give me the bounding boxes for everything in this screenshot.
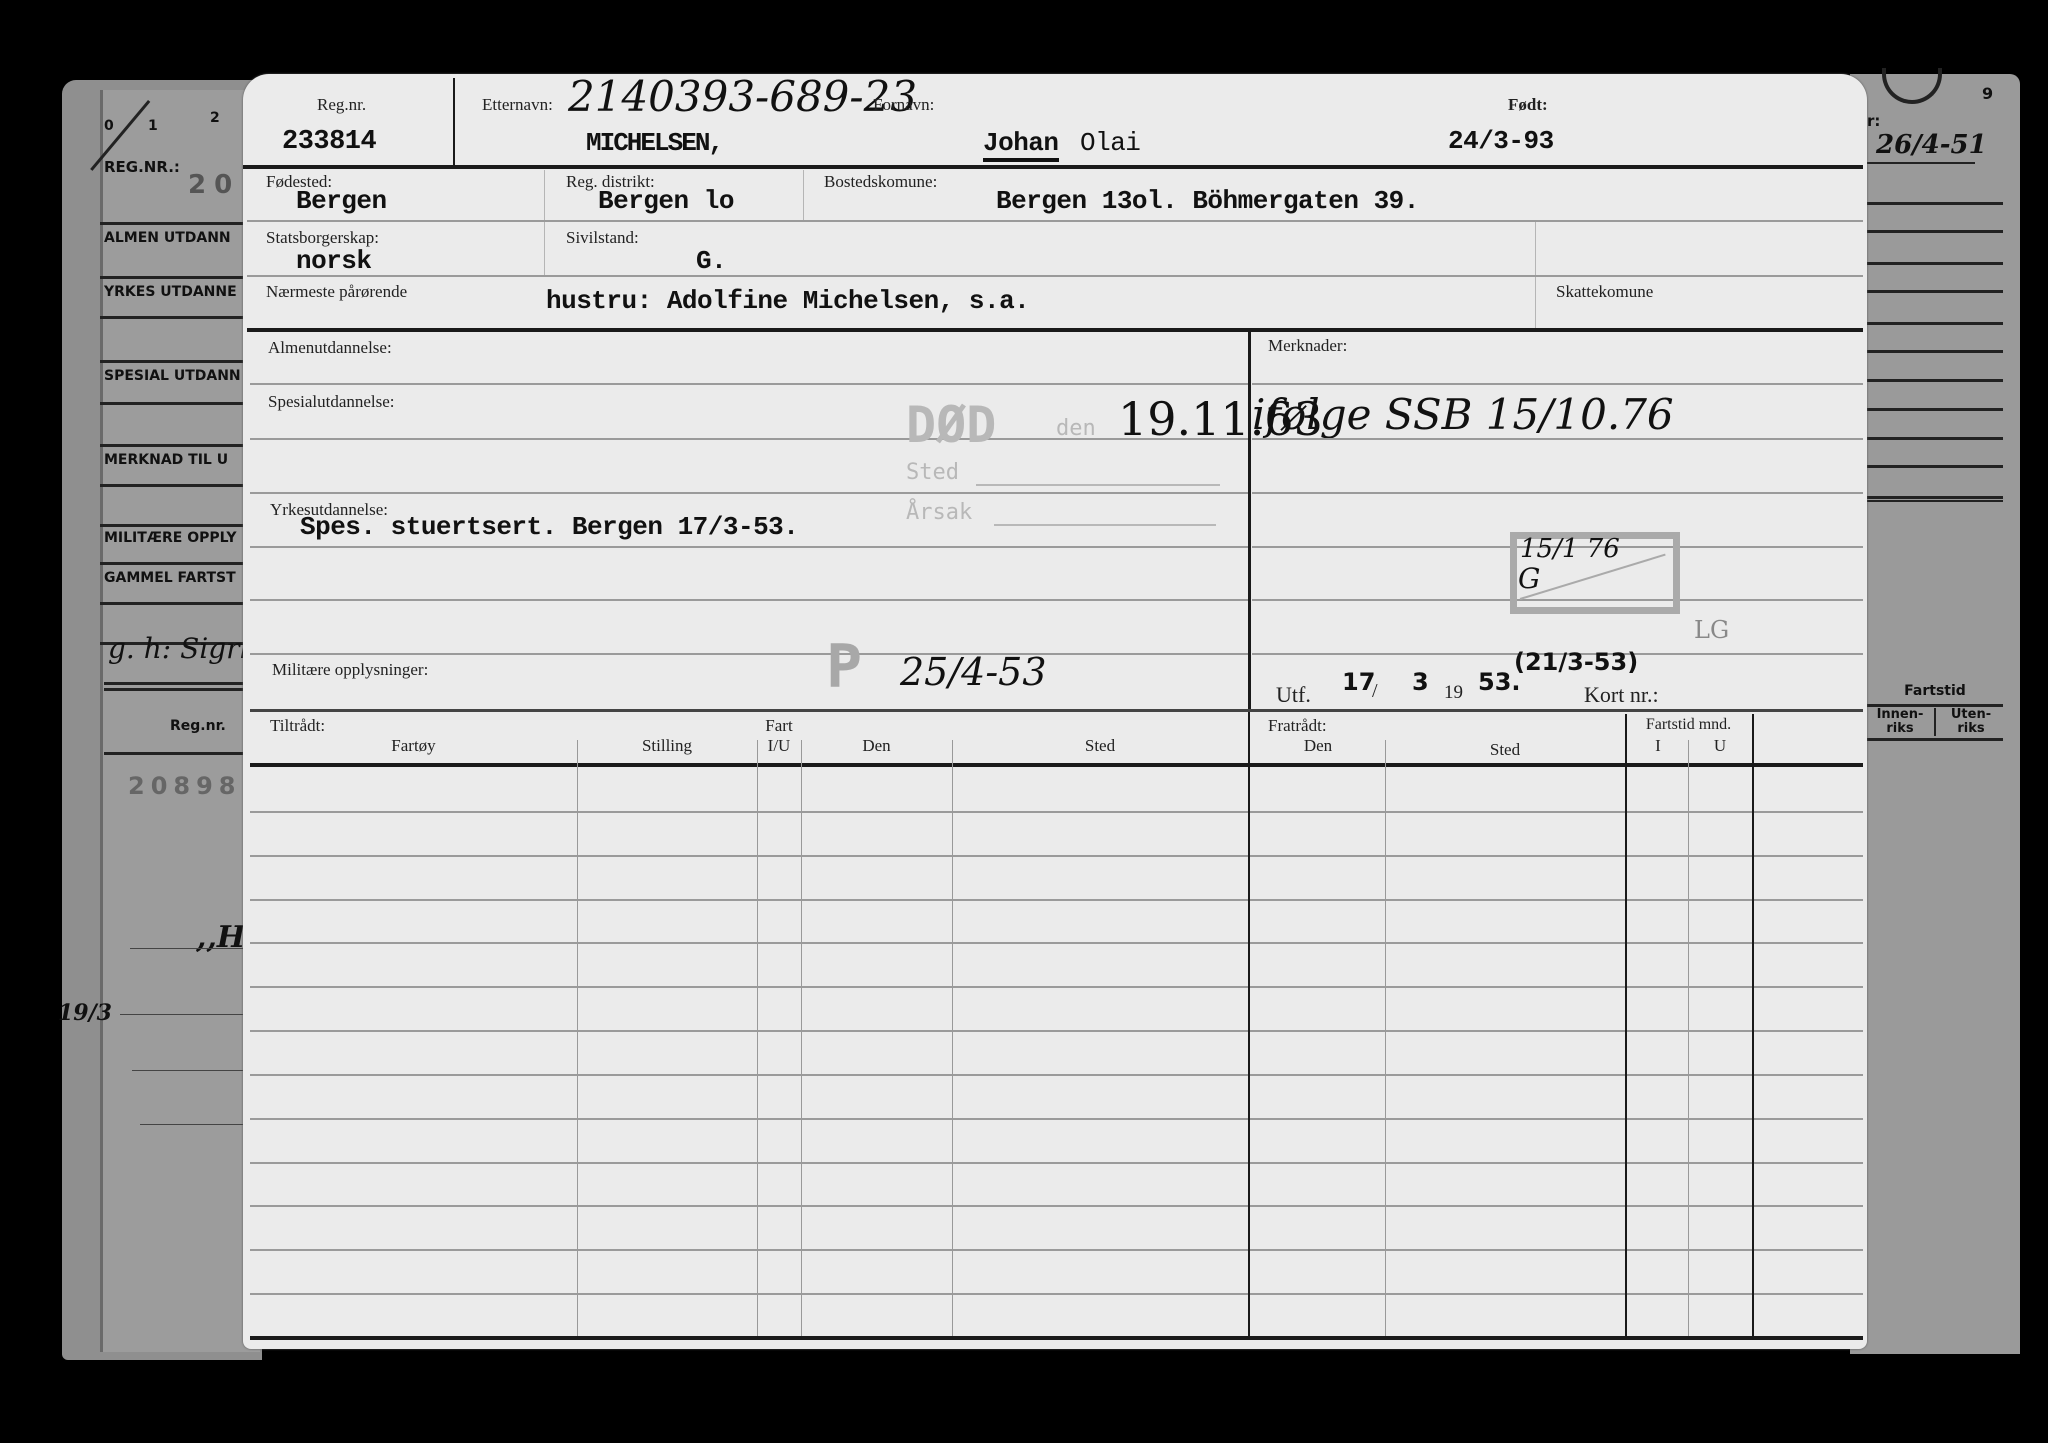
bg-right-line xyxy=(1867,322,2003,325)
fornavn-value-underlined: Johan xyxy=(983,128,1059,162)
divider xyxy=(1248,709,1863,712)
bg-right-date: 26/4-51 xyxy=(1876,130,1987,160)
bg-row-line xyxy=(100,360,243,363)
bostedskomune-label: Bostedskomune: xyxy=(824,172,937,192)
col-divider-fartoy xyxy=(577,740,578,1338)
table-row xyxy=(250,1030,1863,1074)
bg-row-line xyxy=(104,688,243,691)
statsborgerskap-value: norsk xyxy=(296,246,372,276)
col-divider-fratradt-den xyxy=(1385,740,1386,1338)
ruled-line xyxy=(250,492,1248,494)
ruled-line xyxy=(250,599,1248,601)
col-fart-label: Fart xyxy=(757,716,801,736)
utf-alt-date: (21/3-53) xyxy=(1514,648,1638,676)
bg-right-line xyxy=(1863,704,2003,707)
bg-right-line xyxy=(1867,408,2003,411)
bg-row-merknad: MERKNAD TIL U xyxy=(104,452,243,468)
bg-row-line xyxy=(104,752,243,755)
box-stamp-line2: G xyxy=(1518,562,1540,595)
bg-row-spesial: SPESIAL UTDANN xyxy=(104,368,243,384)
table-row xyxy=(250,811,1863,855)
bg-right-line xyxy=(1867,379,2003,382)
col-fartstid-u: U xyxy=(1688,736,1752,756)
bg-right-line xyxy=(1867,500,2003,502)
header-divider xyxy=(453,78,455,166)
ruled-line xyxy=(1252,492,1863,494)
bg-row-line xyxy=(100,276,243,279)
bg-row-line xyxy=(100,524,243,527)
col-divider-fartstid-right xyxy=(1752,714,1754,1338)
dod-arsak-label: Årsak xyxy=(906,500,972,525)
naermeste-parorende-value: hustru: Adolfine Michelsen, s.a. xyxy=(546,286,1029,316)
dod-stamp: DØD xyxy=(906,396,996,454)
bg-reg-value: 20 xyxy=(188,170,240,200)
table-row xyxy=(250,1162,1863,1206)
bg-right-label-fragment: r: xyxy=(1867,112,1880,130)
ruled-line xyxy=(250,546,1248,548)
divider xyxy=(250,709,1248,712)
bg-row-line xyxy=(100,444,243,447)
divider xyxy=(247,328,1863,332)
bg-row-line xyxy=(130,948,243,949)
utf-sep: / xyxy=(1372,680,1378,703)
col-fratradt-den: Den xyxy=(1251,736,1385,756)
table-bottom-divider xyxy=(250,1336,1863,1340)
dod-den-label: den xyxy=(1056,416,1096,441)
table-row xyxy=(250,855,1863,899)
bg-row-militaere: MILITÆRE OPPLY xyxy=(104,530,243,546)
naermeste-parorende-label: Nærmeste pårørende xyxy=(266,282,407,302)
yrkesutdannelse-value: Spes. stuertsert. Bergen 17/3-53. xyxy=(300,512,798,542)
table-row xyxy=(250,1293,1863,1337)
col-sted: Sted xyxy=(952,736,1248,756)
bg-right-line xyxy=(1867,437,2003,440)
utf-year: 53. xyxy=(1478,668,1521,696)
bg-row-line xyxy=(100,222,243,225)
utf-day: 17 xyxy=(1342,668,1375,696)
sivilstand-label: Sivilstand: xyxy=(566,228,639,248)
bg-right-line xyxy=(1867,496,2003,499)
bg-handwriting-spouse: g. h: Sigrid xyxy=(108,632,243,665)
bg-row-line xyxy=(132,1070,243,1071)
almenutdannelse-label: Almenutdannelse: xyxy=(268,338,392,358)
merknader-divider xyxy=(1248,330,1251,710)
merknader-label: Merknader: xyxy=(1268,336,1347,356)
merknader-handwritten: ifølge SSB 15/10.76 xyxy=(1252,390,1674,439)
fratradt-label: Fratrådt: xyxy=(1268,716,1327,736)
table-row xyxy=(250,899,1863,943)
utf-label: Utf. xyxy=(1276,682,1311,708)
table-row xyxy=(250,1205,1863,1249)
table-row xyxy=(250,1074,1863,1118)
bg-right-line xyxy=(1867,465,2003,468)
col-fartoy: Fartøy xyxy=(250,736,577,756)
bg-right-line xyxy=(1867,290,2003,293)
bg-row-line xyxy=(100,316,243,319)
bg-fartstid-utenriks: Uten- riks xyxy=(1938,708,2004,736)
bg-right-line xyxy=(1867,162,1975,164)
ruled-line xyxy=(1252,438,1863,440)
col-divider-den xyxy=(952,740,953,1338)
p-stamp: P xyxy=(826,632,862,702)
col-divider-fart xyxy=(801,740,802,1338)
bg-reg-nr-value: 20898 xyxy=(128,772,243,800)
divider xyxy=(247,275,1863,277)
bg-reg-label: REG.NR.: xyxy=(104,158,180,176)
bg-row-yrkes: YRKES UTDANNE xyxy=(104,284,243,300)
utf-month: 3 xyxy=(1412,668,1429,696)
bg-row-line xyxy=(100,402,243,405)
ruled-line xyxy=(250,438,1248,440)
table-row xyxy=(250,1249,1863,1293)
ruled-line xyxy=(250,383,1248,385)
bg-right-line xyxy=(1867,262,2003,265)
bg-right-corner-mark: 9 xyxy=(1982,84,1993,103)
table-row xyxy=(250,986,1863,1030)
bg-right-line xyxy=(1863,738,2003,741)
etternavn-value: MICHELSEN, xyxy=(586,128,722,158)
bg-row-line xyxy=(100,562,243,565)
bg-row-gammel-fartstid: GAMMEL FARTST xyxy=(104,570,243,586)
bg-handwriting-lower: ,,Ha xyxy=(196,920,243,955)
skattekomune-label: Skattekomune xyxy=(1556,282,1653,302)
col-divider-fartstid-iu xyxy=(1688,740,1689,1338)
tiltradt-label: Tiltrådt: xyxy=(270,716,325,736)
bg-fartstid-header: Fartstid xyxy=(1867,683,2003,699)
bg-row-line xyxy=(140,1124,243,1125)
corner-mark-1: 1 xyxy=(148,118,158,134)
table-row xyxy=(250,767,1863,811)
fornavn-label: Fornavn: xyxy=(873,95,934,115)
bg-right-line xyxy=(1867,202,2003,205)
fornavn-value-rest: Olai xyxy=(1080,128,1140,158)
dod-sted-label: Sted xyxy=(906,460,959,485)
etternavn-label: Etternavn: xyxy=(482,95,553,115)
fodt-value: 24/3-93 xyxy=(1448,126,1554,156)
col-stilling: Stilling xyxy=(577,736,757,756)
column-divider xyxy=(803,170,804,222)
bg-reg-nr-label: Reg.nr. xyxy=(170,718,226,734)
kort-nr-label: Kort nr.: xyxy=(1584,682,1659,708)
col-divider-stilling xyxy=(757,740,758,1338)
fodt-label: Født: xyxy=(1508,95,1548,115)
reg-nr-label: Reg.nr. xyxy=(317,95,366,115)
col-divider-tiltradt-fratradt xyxy=(1248,712,1250,1338)
col-fartstid-i: I xyxy=(1628,736,1688,756)
col-fratradt-sted: Sted xyxy=(1385,740,1625,760)
bg-right-line xyxy=(1867,230,2003,233)
dod-sted-line xyxy=(976,484,1220,486)
table-row xyxy=(250,942,1863,986)
table-row xyxy=(250,1118,1863,1162)
handwritten-id-number: 2140393-689-23 xyxy=(568,72,917,121)
bg-fartstid-divider xyxy=(1934,708,1936,736)
bg-edge-handwriting: 19/3 xyxy=(58,1000,112,1026)
bg-row-line xyxy=(104,682,243,685)
col-divider-fartstid-left xyxy=(1625,714,1627,1338)
box-stamp-line1: 15/1 76 xyxy=(1520,534,1620,564)
bg-row-line xyxy=(100,484,243,487)
fodested-value: Bergen xyxy=(296,186,387,216)
service-table-body xyxy=(250,767,1863,1337)
spesialutdannelse-label: Spesialutdannelse: xyxy=(268,392,395,412)
militaere-handwritten-date: 25/4-53 xyxy=(900,650,1047,694)
militaere-label: Militære opplysninger: xyxy=(272,660,428,680)
initials: LG xyxy=(1694,616,1729,644)
col-fart-iu: I/U xyxy=(757,736,801,756)
utf-century: 19 xyxy=(1444,682,1463,704)
dod-arsak-line xyxy=(994,524,1216,526)
statsborgerskap-label: Statsborgerskap: xyxy=(266,228,379,248)
reg-nr-value: 233814 xyxy=(282,127,376,157)
col-fartstid-label: Fartstid mnd. xyxy=(1625,716,1752,734)
corner-mark-2: 2 xyxy=(210,110,220,126)
sivilstand-value: G. xyxy=(696,246,726,276)
column-divider xyxy=(544,170,545,276)
bg-row-line xyxy=(100,602,243,605)
bg-fartstid-innenriks: Innen- riks xyxy=(1867,708,1933,736)
corner-mark-0: 0 xyxy=(104,118,114,134)
reg-distrikt-value: Bergen lo xyxy=(598,186,734,216)
bg-row-line xyxy=(120,1014,243,1015)
ruled-line xyxy=(250,653,1248,655)
bg-row-almen: ALMEN UTDANN xyxy=(104,230,243,246)
divider xyxy=(247,220,1863,222)
col-den: Den xyxy=(801,736,952,756)
bg-right-line xyxy=(1867,350,2003,353)
divider xyxy=(243,165,1863,169)
bostedskomune-value: Bergen 13ol. Böhmergaten 39. xyxy=(996,186,1419,216)
ruled-line xyxy=(1252,383,1863,385)
